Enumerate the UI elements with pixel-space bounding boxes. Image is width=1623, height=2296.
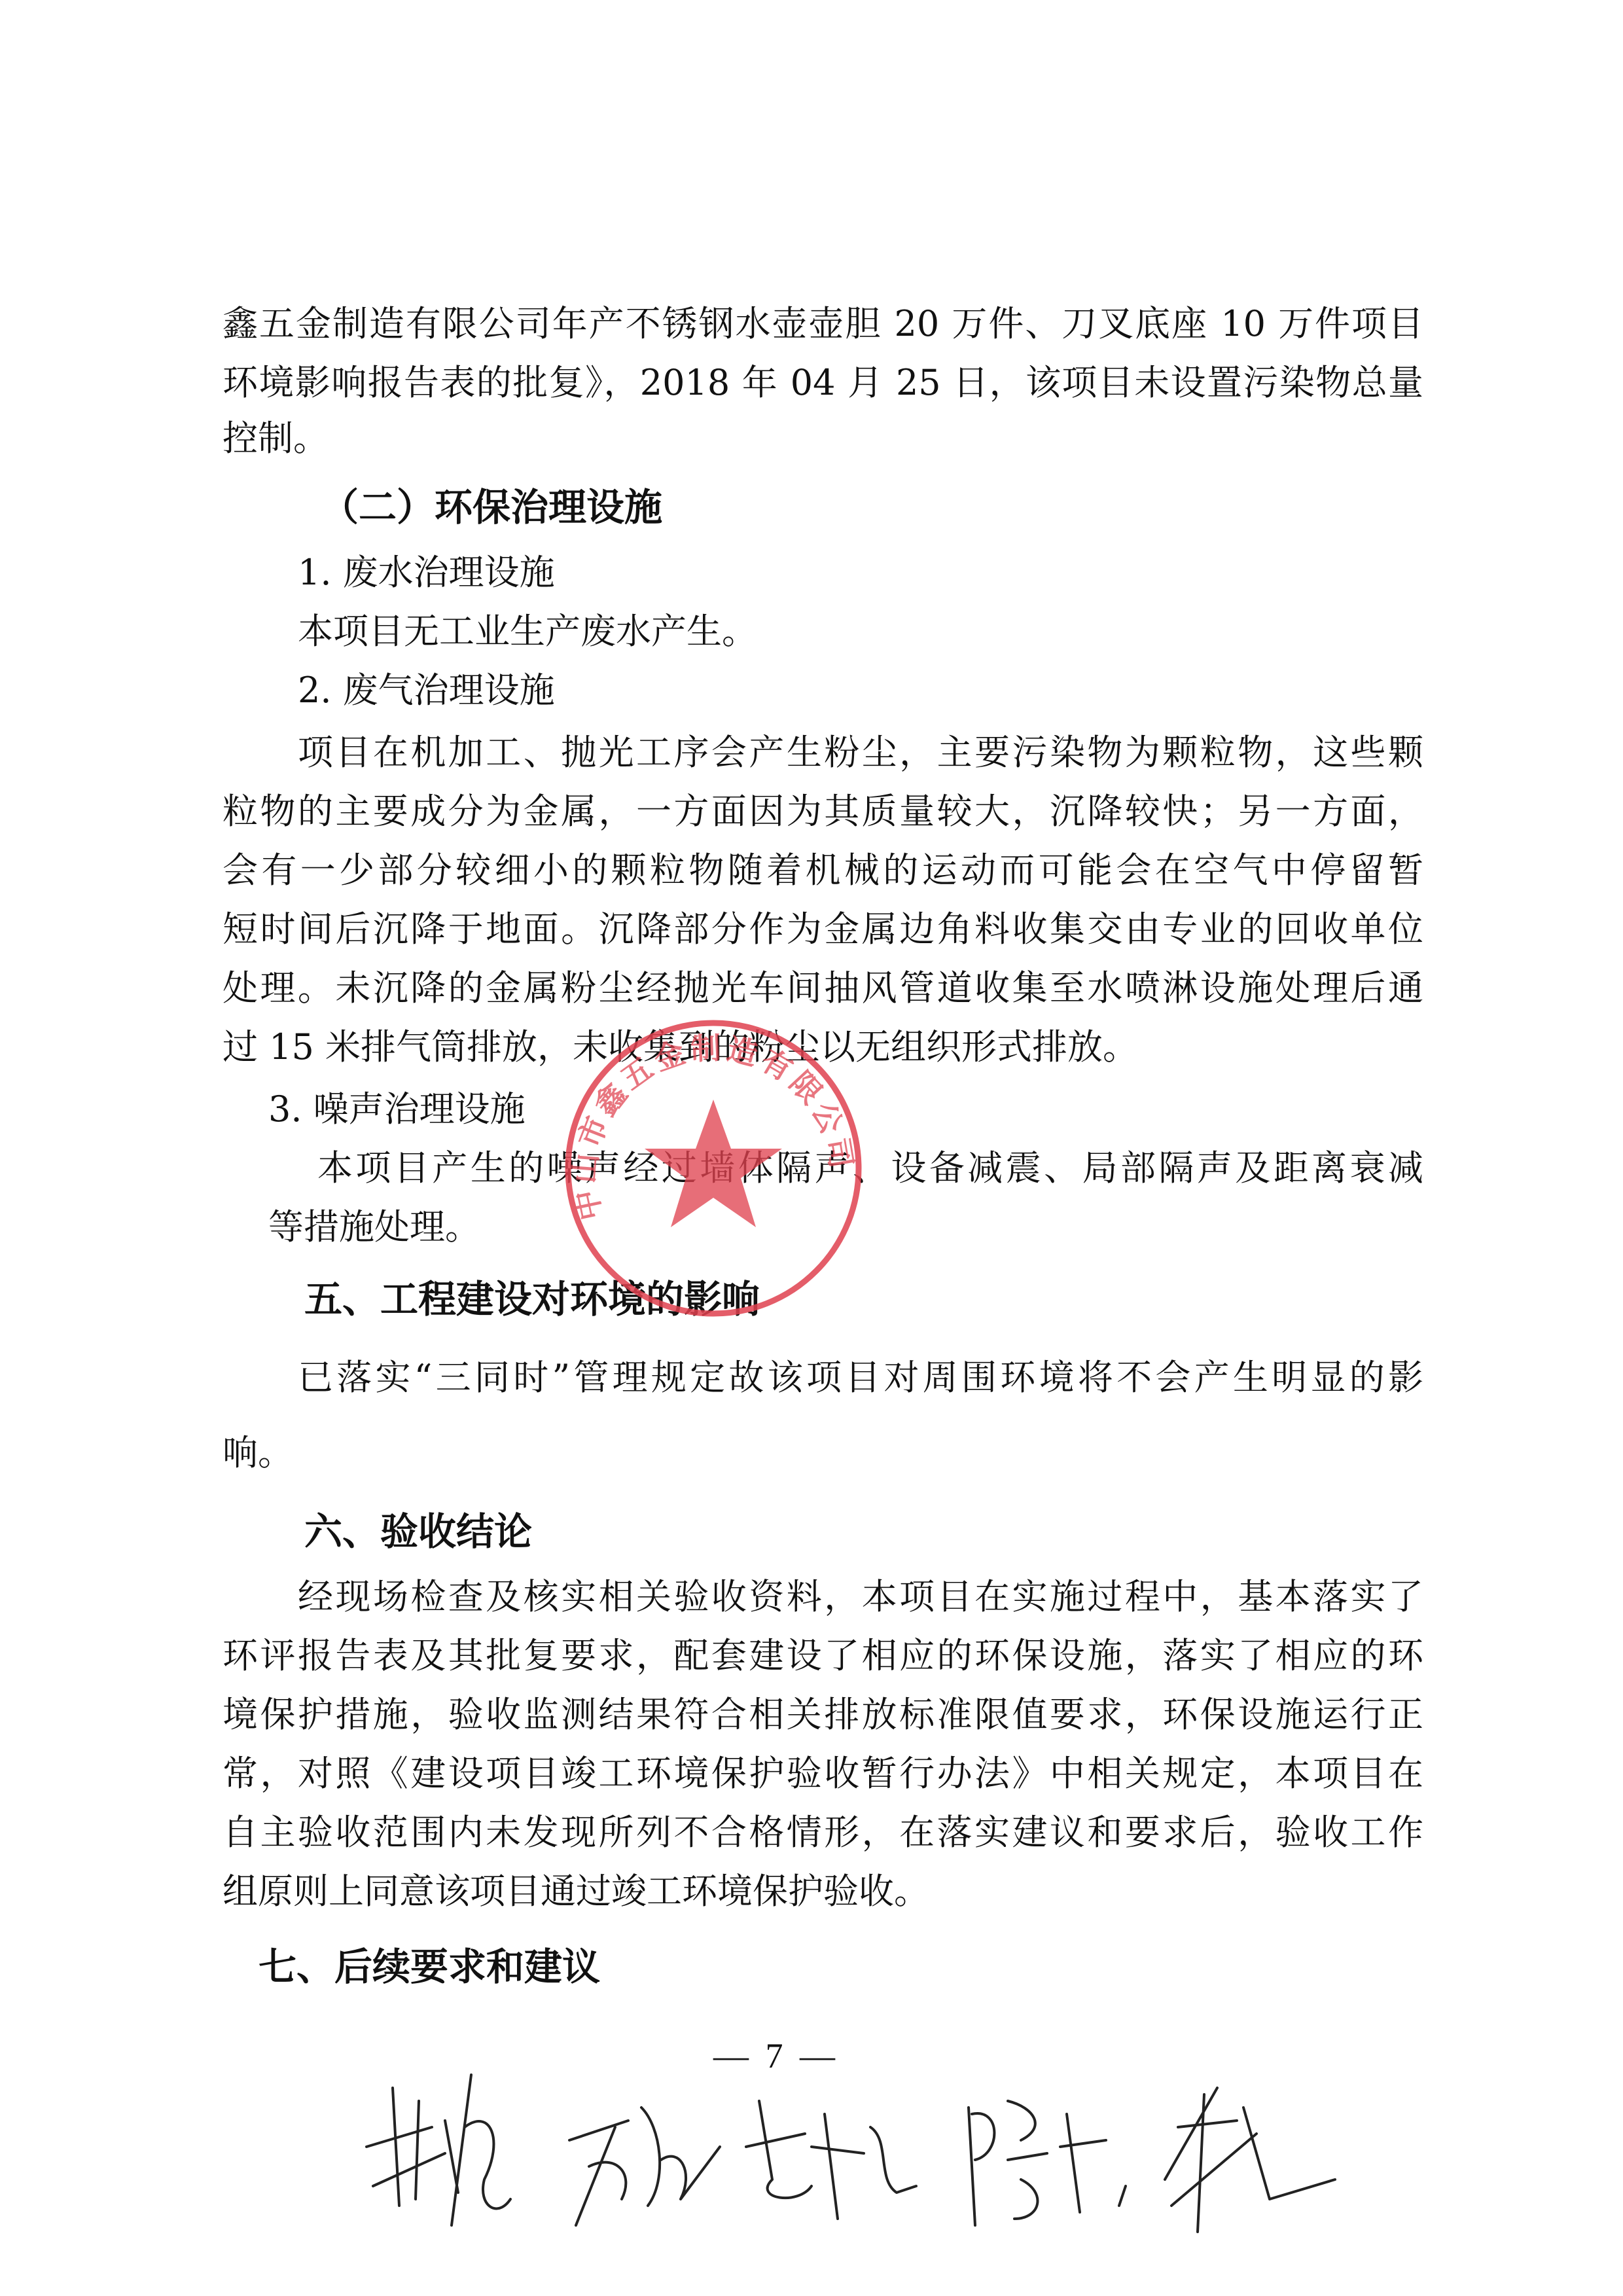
paragraph-line: 会有一少部分较细小的颗粒物随着机械的运动而可能会在空气中停留暂 xyxy=(223,851,1423,890)
section-heading: 七、后续要求和建议 xyxy=(259,1947,600,1986)
paragraph-line: 响。 xyxy=(223,1433,293,1473)
signatures-icon xyxy=(353,2049,1544,2245)
subsection-heading: 2. 废气治理设施 xyxy=(298,671,555,710)
subsection-heading: 1. 废水治理设施 xyxy=(298,553,555,592)
paragraph-line: 经现场检查及核实相关验收资料，本项目在实施过程中，基本落实了 xyxy=(298,1577,1423,1617)
intro-line: 环境影响报告表的批复》，2018 年 04 月 25 日，该项目未设置污染物总量 xyxy=(223,363,1423,403)
paragraph-line: 本项目产生的噪声经过墙体隔声、设备减震、局部隔声及距离衰减 xyxy=(317,1149,1423,1188)
intro-line: 鑫五金制造有限公司年产不锈钢水壶壶胆 20 万件、刀叉底座 10 万件项目 xyxy=(223,304,1423,344)
paragraph-line: 组原则上同意该项目通过竣工环境保护验收。 xyxy=(223,1872,929,1911)
paragraph-line: 境保护措施，验收监测结果符合相关排放标准限值要求，环保设施运行正 xyxy=(223,1695,1423,1734)
paragraph-line: 已落实“三同时”管理规定故该项目对周围环境将不会产生明显的影 xyxy=(298,1358,1423,1397)
paragraph-line: 粒物的主要成分为金属，一方面因为其质量较大，沉降较快；另一方面， xyxy=(223,792,1423,831)
section-heading: 六、验收结论 xyxy=(304,1512,532,1551)
paragraph-line: 处理。未沉降的金属粉尘经抛光车间抽风管道收集至水喷淋设施处理后通 xyxy=(223,969,1423,1008)
paragraph-line: 环评报告表及其批复要求，配套建设了相应的环保设施，落实了相应的环 xyxy=(223,1636,1423,1676)
paragraph-line: 过 15 米排气筒排放，未收集到的粉尘以无组织形式排放。 xyxy=(223,1028,1138,1067)
paragraph-line: 项目在机加工、抛光工序会产生粉尘，主要污染物为颗粒物，这些颗 xyxy=(298,733,1423,772)
section-heading: （二）环保治理设施 xyxy=(321,488,662,527)
section-heading: 五、工程建设对环境的影响 xyxy=(304,1280,760,1319)
intro-line: 控制。 xyxy=(223,419,329,458)
subsection-heading: 3. 噪声治理设施 xyxy=(268,1090,526,1129)
paragraph-line: 本项目无工业生产废水产生。 xyxy=(298,612,757,651)
paragraph-line: 短时间后沉降于地面。沉降部分作为金属边角料收集交由专业的回收单位 xyxy=(223,910,1423,949)
paragraph-line: 常，对照《建设项目竣工环境保护验收暂行办法》中相关规定，本项目在 xyxy=(223,1754,1423,1793)
page-number: — 7 — xyxy=(713,2036,839,2076)
paragraph-line: 自主验收范围内未发现所列不合格情形，在落实建议和要求后，验收工作 xyxy=(223,1813,1423,1852)
paragraph-line: 等措施处理。 xyxy=(268,1208,480,1247)
